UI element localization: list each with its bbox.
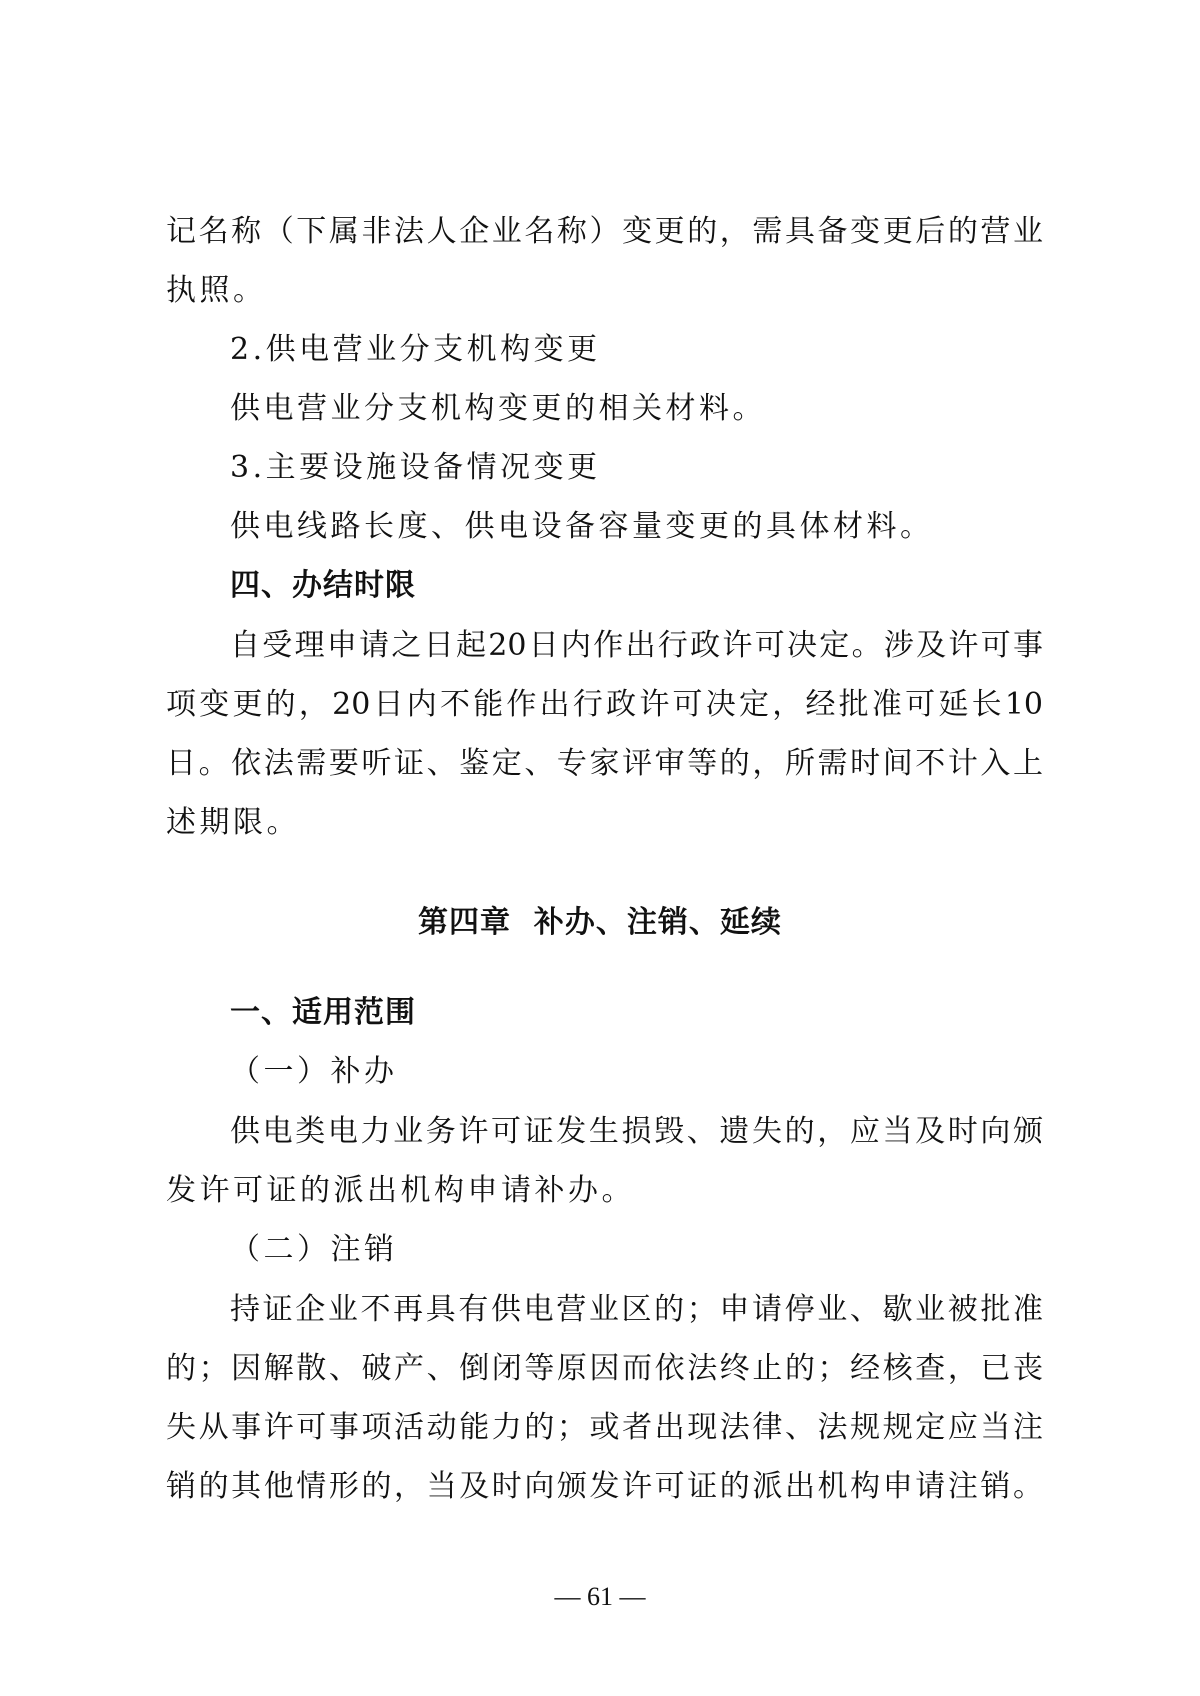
subheading-cancellation: （二）注销 xyxy=(230,1230,398,1270)
line-14: 供电类电力业务许可证发生损毁、遗失的，应当及时向颁 xyxy=(230,1112,1043,1152)
line-15: 发许可证的派出机构申请补办。 xyxy=(166,1171,635,1211)
document-page: 记名称（下属非法人企业名称）变更的，需具备变更后的营业 执照。 2.供电营业分支… xyxy=(0,0,1200,1696)
line-3: 供电营业分支机构变更的相关材料。 xyxy=(230,389,766,429)
line-9: 日。依法需要听证、鉴定、专家评审等的，所需时间不计入上 xyxy=(166,744,1043,784)
line-17: 持证企业不再具有供电营业区的；申请停业、歇业被批准 xyxy=(230,1290,1043,1330)
section-heading-time-limit: 四、办结时限 xyxy=(230,566,416,606)
line-18: 的；因解散、破产、倒闭等原因而依法终止的；经核查，已丧 xyxy=(166,1349,1043,1389)
line-10: 述期限。 xyxy=(166,803,300,843)
line-19: 失从事许可事项活动能力的；或者出现法律、法规规定应当注 xyxy=(166,1408,1043,1448)
line-8: 项变更的，20日内不能作出行政许可决定，经批准可延长10 xyxy=(166,685,1043,725)
line-1: 执照。 xyxy=(166,271,267,311)
chapter-title: 第四章 补办、注销、延续 xyxy=(0,903,1200,943)
line-5: 供电线路长度、供电设备容量变更的具体材料。 xyxy=(230,507,934,547)
line-20: 销的其他情形的，当及时向颁发许可证的派出机构申请注销。 xyxy=(166,1467,1043,1507)
subheading-facility-change: 3.主要设施设备情况变更 xyxy=(230,448,601,488)
line-7: 自受理申请之日起20日内作出行政许可决定。涉及许可事 xyxy=(230,626,1043,666)
page-number: — 61 — xyxy=(0,1582,1200,1612)
line-0: 记名称（下属非法人企业名称）变更的，需具备变更后的营业 xyxy=(166,212,1043,252)
subheading-branch-change: 2.供电营业分支机构变更 xyxy=(230,330,601,370)
section-heading-scope: 一、适用范围 xyxy=(230,993,416,1033)
subheading-reissue: （一）补办 xyxy=(230,1052,398,1092)
